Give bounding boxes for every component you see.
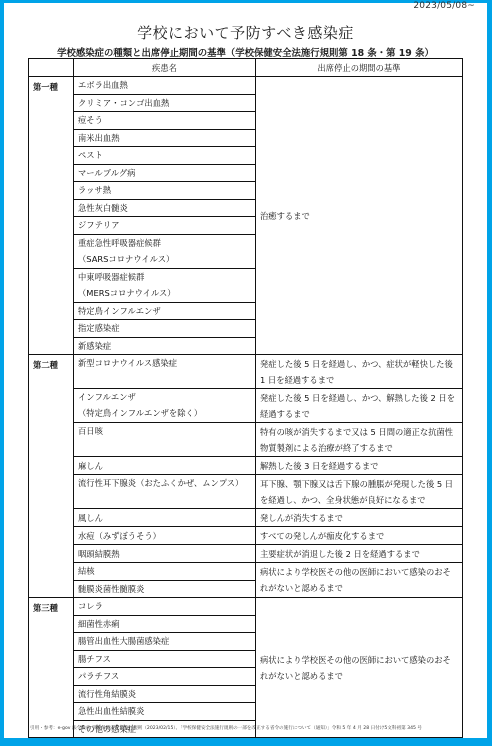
criterion-cell: 特有の咳が消失するまで又は 5 日間の適正な抗菌性物質製剤による治療が終了するま… xyxy=(256,423,463,457)
table-row: 第一種 エボラ出血熱 治癒するまで xyxy=(29,77,463,95)
table-row: 百日咳 特有の咳が消失するまで又は 5 日間の適正な抗菌性物質製剤による治療が終… xyxy=(29,423,463,457)
disease-cell: ペスト xyxy=(74,147,256,165)
table-row: 第二種 新型コロナウイルス感染症 発症した後 5 日を経過し、かつ、症状が軽快し… xyxy=(29,355,463,389)
category-1: 第一種 xyxy=(29,77,74,355)
disease-cell: 流行性角結膜炎 xyxy=(74,685,256,703)
disease-line: インフルエンザ xyxy=(78,389,251,405)
disease-cell: 指定感染症 xyxy=(74,320,256,338)
table-row: 流行性耳下腺炎（おたふくかぜ、ムンプス） 耳下腺、顎下腺又は舌下腺の腫脹が発現し… xyxy=(29,475,463,509)
category-3: 第三種 xyxy=(29,598,74,738)
disease-line: 中東呼吸器症候群 xyxy=(78,269,251,285)
disease-line: 重症急性呼吸器症候群 xyxy=(78,235,251,251)
disease-cell: 結核 xyxy=(74,563,256,581)
page-title: 学校において予防すべき感染症 xyxy=(4,22,487,43)
disease-cell: 新型コロナウイルス感染症 xyxy=(74,355,256,389)
disease-cell: 中東呼吸器症候群 （MERSコロナウイルス） xyxy=(74,268,256,302)
disease-cell: 髄膜炎菌性髄膜炎 xyxy=(74,580,256,598)
disease-cell: 南米出血熱 xyxy=(74,129,256,147)
header-disease: 疾患名 xyxy=(74,59,256,77)
disease-cell: 流行性耳下腺炎（おたふくかぜ、ムンプス） xyxy=(74,475,256,509)
header-criterion: 出席停止の期間の基準 xyxy=(256,59,463,77)
disease-cell: 急性灰白髄炎 xyxy=(74,199,256,217)
table-row: 水痘（みずぼうそう） すべての発しんが痂皮化するまで xyxy=(29,527,463,545)
disease-cell: 急性出血性結膜炎 xyxy=(74,703,256,721)
table-row: インフルエンザ （特定鳥インフルエンザを除く） 発症した後 5 日を経過し、かつ… xyxy=(29,389,463,423)
criterion-cell: 耳下腺、顎下腺又は舌下腺の腫脹が発現した後 5 日を経過し、かつ、全身状態が良好… xyxy=(256,475,463,509)
disease-cell: 新感染症 xyxy=(74,337,256,355)
category-2: 第二種 xyxy=(29,355,74,598)
disease-cell: 痘そう xyxy=(74,112,256,130)
criterion-cell-1: 治癒するまで xyxy=(256,77,463,355)
disease-cell: 腸管出血性大腸菌感染症 xyxy=(74,633,256,651)
disease-cell: 重症急性呼吸器症候群 （SARSコロナウイルス） xyxy=(74,234,256,268)
disease-cell: エボラ出血熱 xyxy=(74,77,256,95)
page-subtitle: 学校感染症の種類と出席停止期間の基準（学校保健安全法施行規則第 18 条・第 1… xyxy=(4,45,487,59)
table-row: 麻しん 解熱した後 3 日を経過するまで xyxy=(29,457,463,475)
document-page: 2023/05/08~ 学校において予防すべき感染症 学校感染症の種類と出席停止… xyxy=(4,3,487,738)
disease-line: （SARSコロナウイルス） xyxy=(78,251,251,267)
criterion-cell: 発症した後 5 日を経過し、かつ、症状が軽快した後 1 日を経過するまで xyxy=(256,355,463,389)
disease-cell: パラチフス xyxy=(74,668,256,686)
disease-cell: 風しん xyxy=(74,509,256,527)
table-row: 第三種 コレラ 病状により学校医その他の医師において感染のおそれがないと認めるま… xyxy=(29,598,463,616)
disease-line: （MERSコロナウイルス） xyxy=(78,285,251,301)
infection-table: 疾患名 出席停止の期間の基準 第一種 エボラ出血熱 治癒するまで クリミア・コン… xyxy=(28,58,463,738)
effective-date: 2023/05/08~ xyxy=(413,1,475,11)
disease-line: （特定鳥インフルエンザを除く） xyxy=(78,405,251,421)
criterion-cell: 発しんが消失するまで xyxy=(256,509,463,527)
header-category xyxy=(29,59,74,77)
source-footer: 引用・参考：e-gov 法令検索 学校保健安全法施行規則（2023/02/15）… xyxy=(30,725,422,731)
disease-cell: 細菌性赤痢 xyxy=(74,615,256,633)
criterion-cell-3: 病状により学校医その他の医師において感染のおそれがないと認めるまで xyxy=(256,598,463,738)
table-row: 風しん 発しんが消失するまで xyxy=(29,509,463,527)
disease-cell: クリミア・コンゴ出血熱 xyxy=(74,94,256,112)
disease-cell: 腸チフス xyxy=(74,650,256,668)
disease-cell: 麻しん xyxy=(74,457,256,475)
criterion-cell: 解熱した後 3 日を経過するまで xyxy=(256,457,463,475)
disease-cell: 百日咳 xyxy=(74,423,256,457)
disease-cell: ジフテリア xyxy=(74,217,256,235)
table-row: 咽頭結膜熱 主要症状が消退した後 2 日を経過するまで xyxy=(29,545,463,563)
criterion-cell: すべての発しんが痂皮化するまで xyxy=(256,527,463,545)
disease-cell: マールブルグ病 xyxy=(74,164,256,182)
criterion-cell: 主要症状が消退した後 2 日を経過するまで xyxy=(256,545,463,563)
table-header-row: 疾患名 出席停止の期間の基準 xyxy=(29,59,463,77)
disease-cell: コレラ xyxy=(74,598,256,616)
disease-cell: 水痘（みずぼうそう） xyxy=(74,527,256,545)
disease-cell: 特定鳥インフルエンザ xyxy=(74,302,256,320)
criterion-cell: 病状により学校医その他の医師において感染のおそれがないと認めるまで xyxy=(256,563,463,598)
criterion-cell: 発症した後 5 日を経過し、かつ、解熱した後 2 日を経過するまで xyxy=(256,389,463,423)
disease-cell: インフルエンザ （特定鳥インフルエンザを除く） xyxy=(74,389,256,423)
disease-cell: ラッサ熱 xyxy=(74,182,256,200)
table-row: 結核 病状により学校医その他の医師において感染のおそれがないと認めるまで xyxy=(29,563,463,581)
disease-cell: 咽頭結膜熱 xyxy=(74,545,256,563)
